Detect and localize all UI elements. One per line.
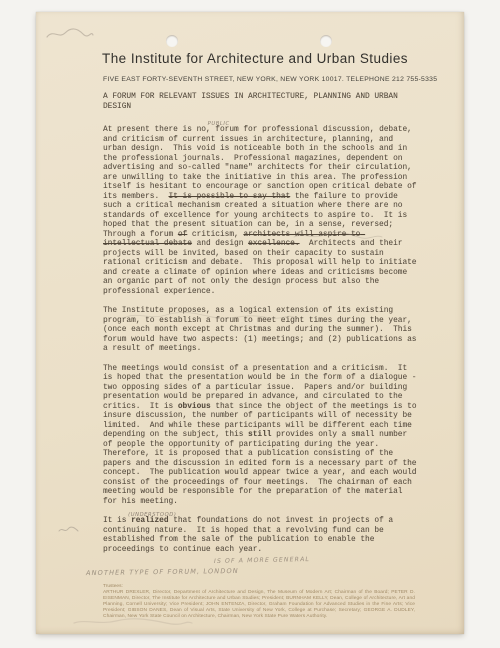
paragraph: It is (UNDERSTOOD)realized that foundati… <box>103 517 417 555</box>
paragraph: The meetings would consist of a presenta… <box>103 365 417 508</box>
faint-pencil-edit-icon <box>124 311 296 321</box>
text-segment: It is <box>103 517 131 525</box>
text-segment: and design <box>192 240 248 248</box>
document-heading: A FORUM FOR RELEVANT ISSUES IN ARCHITECT… <box>103 93 417 112</box>
struck-text: excellence. <box>248 240 299 248</box>
text-segment: still <box>248 431 271 439</box>
faint-pencil-edit-icon <box>292 231 384 241</box>
trustees-block: Trustees: ARTHUR DREXLER, Director, Depa… <box>103 584 415 620</box>
text-segment: obvious <box>178 403 211 411</box>
punch-hole-right <box>320 35 332 47</box>
letterhead-title: The Institute for Architecture and Urban… <box>102 51 442 66</box>
text-segment: Architects and their projects will be in… <box>103 240 421 296</box>
text-segment: provides only a small number of people t… <box>103 431 421 506</box>
punch-hole-left <box>166 35 178 47</box>
scan-background: The Institute for Architecture and Urban… <box>0 0 500 648</box>
faint-pencil-mark-icon <box>72 616 194 628</box>
pencil-scribble-icon <box>44 24 96 44</box>
document-page: The Institute for Architecture and Urban… <box>36 12 464 634</box>
text-segment: At present there is no, <box>103 126 211 134</box>
margin-mark-icon <box>58 525 80 535</box>
letterhead-address: FIVE EAST FORTY-SEVENTH STREET, NEW YORK… <box>103 76 443 83</box>
struck-text: It is possible to say that <box>169 193 291 201</box>
handwritten-note-forum: ANOTHER TYPE OF FORUM, LONDON <box>86 567 239 577</box>
text-segment: criticism, <box>187 231 243 239</box>
document-body: A FORUM FOR RELEVANT ISSUES IN ARCHITECT… <box>103 93 417 565</box>
text-segment: forum for professional discussion, debat… <box>103 126 421 201</box>
paragraph: At present there is no,PUBLIC forum for … <box>103 126 417 297</box>
struck-text: of <box>178 231 187 239</box>
